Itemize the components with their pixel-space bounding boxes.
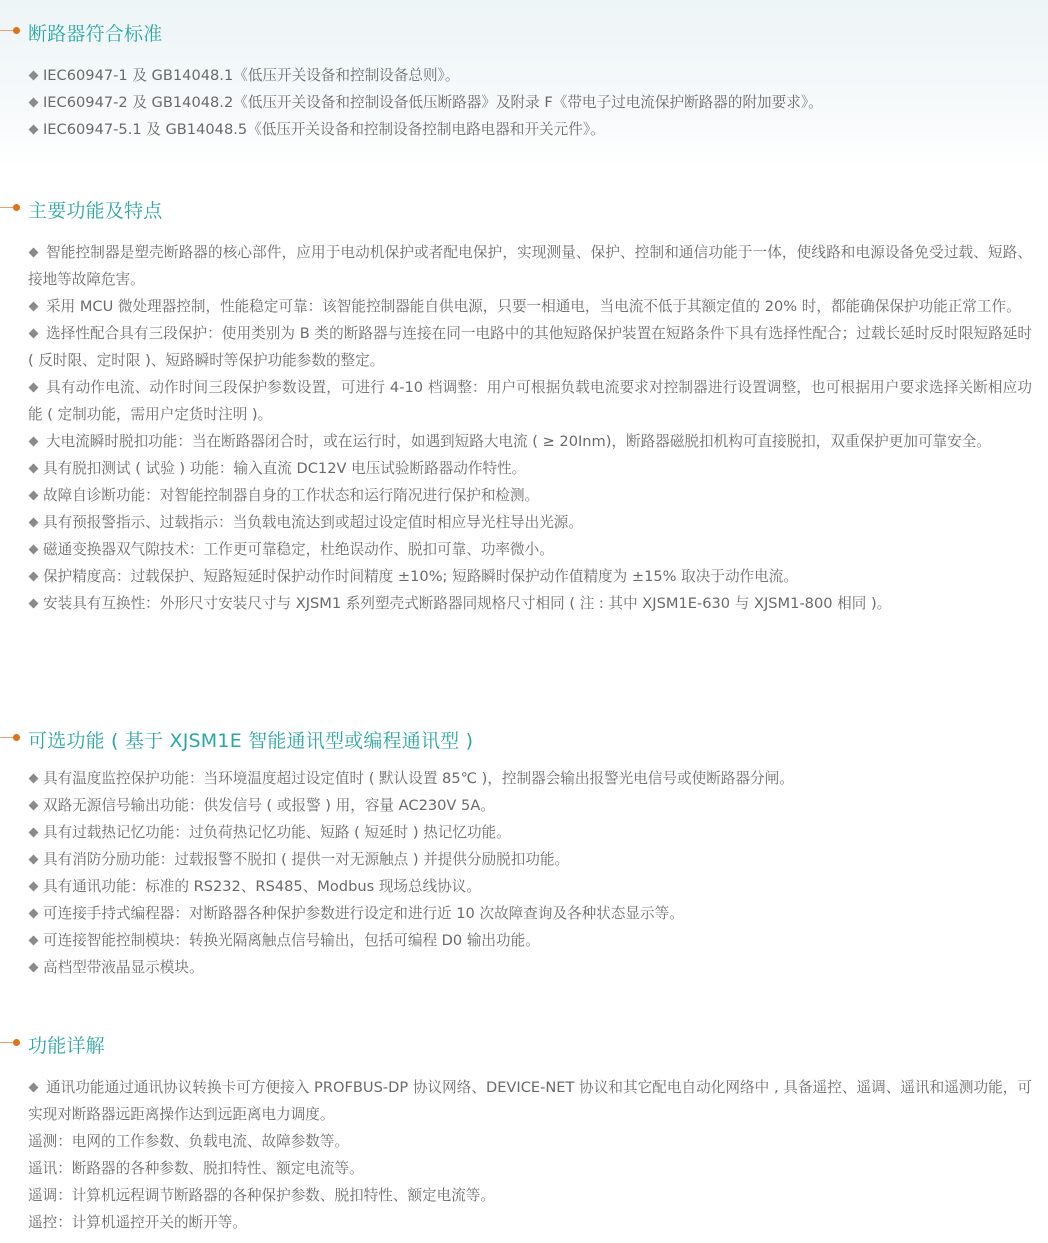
diamond-bullet-icon — [29, 598, 39, 608]
header-dot-icon — [13, 204, 20, 211]
diamond-bullet-icon — [29, 70, 39, 80]
diamond-bullet-icon — [29, 908, 39, 918]
list-item: 采用 MCU 微处理器控制，性能稳定可靠：该智能控制器能自供电源，只要一相通电，… — [28, 293, 1032, 320]
detail-line-telemetry: 遥测：电网的工作参数、负载电流、故障参数等。 — [28, 1128, 1032, 1155]
list-item: IEC60947-1 及 GB14048.1《低压开关设备和控制设备总则》。 — [28, 62, 1032, 89]
diamond-bullet-icon — [29, 97, 39, 107]
list-item: 智能控制器是塑壳断路器的核心部件，应用于电动机保护或者配电保护，实现测量、保护、… — [28, 239, 1032, 293]
list-item: 安装具有互换性：外形尺寸安装尺寸与 XJSM1 系列塑壳式断路器同规格尺寸相同 … — [28, 590, 1032, 617]
header-dot-icon — [13, 27, 20, 34]
list-item: 具有消防分励功能：过载报警不脱扣 ( 提供一对无源触点 ) 并提供分励脱扣功能。 — [28, 846, 1032, 873]
list-item: 磁通变换器双气隙技术：工作更可靠稳定，杜绝误动作、脱扣可靠、功率微小。 — [28, 536, 1032, 563]
list-item: 具有通讯功能：标准的 RS232、RS485、Modbus 现场总线协议。 — [28, 873, 1032, 900]
diamond-bullet-icon — [29, 382, 39, 392]
diamond-bullet-icon — [29, 517, 39, 527]
diamond-bullet-icon — [29, 436, 39, 446]
diamond-bullet-icon — [29, 962, 39, 972]
list-item: 可连接手持式编程器：对断路器各种保护参数进行设定和进行近 10 次故障查询及各种… — [28, 900, 1032, 927]
diamond-bullet-icon — [29, 773, 39, 783]
section-title: 断路器符合标准 — [28, 19, 162, 46]
diamond-bullet-icon — [29, 854, 39, 864]
detail-line-telesignal: 遥讯：断路器的各种参数、脱扣特性、额定电流等。 — [28, 1155, 1032, 1182]
diamond-bullet-icon — [29, 1082, 39, 1092]
section-body: 具有温度监控保护功能：当环境温度超过设定值时 ( 默认设置 85℃ )，控制器会… — [28, 765, 1032, 981]
list-item: 高档型带液晶显示模块。 — [28, 954, 1032, 981]
diamond-bullet-icon — [29, 800, 39, 810]
list-item: 保护精度高：过载保护、短路短延时保护动作时间精度 ±10%; 短路瞬时保护动作值… — [28, 563, 1032, 590]
list-item: 具有温度监控保护功能：当环境温度超过设定值时 ( 默认设置 85℃ )，控制器会… — [28, 765, 1032, 792]
header-dot-icon — [13, 1039, 20, 1046]
section-optional-features: 可选功能 ( 基于 XJSM1E 智能通讯型或编程通讯型 ) 具有温度监控保护功… — [0, 723, 1048, 753]
list-item: IEC60947-5.1 及 GB14048.5《低压开关设备和控制设备控制电路… — [28, 116, 1032, 143]
header-line-decoration — [0, 30, 14, 31]
list-item: 双路无源信号输出功能：供发信号 ( 或报警 ) 用，容量 AC230V 5A。 — [28, 792, 1032, 819]
diamond-bullet-icon — [29, 935, 39, 945]
list-item: 大电流瞬时脱扣功能：当在断路器闭合时，或在运行时，如遇到短路大电流 ( ≥ 20… — [28, 428, 1032, 455]
section-title: 可选功能 ( 基于 XJSM1E 智能通讯型或编程通讯型 ) — [28, 726, 473, 753]
detail-line-telecontrol: 遥控：计算机遥控开关的断开等。 — [28, 1209, 1032, 1236]
section-header: 功能详解 — [0, 1028, 1048, 1058]
detail-line-teleadjust: 遥调：计算机远程调节断路器的各种保护参数、脱扣特性、额定电流等。 — [28, 1182, 1032, 1209]
section-body: IEC60947-1 及 GB14048.1《低压开关设备和控制设备总则》。 I… — [28, 62, 1032, 143]
diamond-bullet-icon — [29, 490, 39, 500]
list-item: 具有动作电流、动作时间三段保护参数设置，可进行 4-10 档调整：用户可根据负载… — [28, 374, 1032, 428]
diamond-bullet-icon — [29, 463, 39, 473]
diamond-bullet-icon — [29, 827, 39, 837]
header-line-decoration — [0, 737, 14, 738]
section-header: 主要功能及特点 — [0, 193, 1048, 223]
list-item: 选择性配合具有三段保护：使用类别为 B 类的断路器与连接在同一电路中的其他短路保… — [28, 320, 1032, 374]
section-title: 主要功能及特点 — [28, 196, 162, 223]
list-item: 通讯功能通过通讯协议转换卡可方便接入 PROFBUS-DP 协议网络、DEVIC… — [28, 1074, 1032, 1128]
section-header: 可选功能 ( 基于 XJSM1E 智能通讯型或编程通讯型 ) — [0, 723, 1048, 753]
section-header: 断路器符合标准 — [0, 16, 1048, 46]
section-function-details: 功能详解 通讯功能通过通讯协议转换卡可方便接入 PROFBUS-DP 协议网络、… — [0, 1028, 1048, 1058]
header-dot-icon — [13, 734, 20, 741]
list-item: 故障自诊断功能：对智能控制器自身的工作状态和运行隋况进行保护和检测。 — [28, 482, 1032, 509]
header-line-decoration — [0, 207, 14, 208]
section-body: 智能控制器是塑壳断路器的核心部件，应用于电动机保护或者配电保护，实现测量、保护、… — [28, 239, 1032, 617]
section-title: 功能详解 — [28, 1031, 105, 1058]
list-item: 具有过载热记忆功能：过负荷热记忆功能、短路 ( 短延时 ) 热记忆功能。 — [28, 819, 1032, 846]
list-item: IEC60947-2 及 GB14048.2《低压开关设备和控制设备低压断路器》… — [28, 89, 1032, 116]
section-body: 通讯功能通过通讯协议转换卡可方便接入 PROFBUS-DP 协议网络、DEVIC… — [28, 1074, 1032, 1236]
diamond-bullet-icon — [29, 881, 39, 891]
diamond-bullet-icon — [29, 544, 39, 554]
header-line-decoration — [0, 1042, 14, 1043]
diamond-bullet-icon — [29, 124, 39, 134]
list-item: 具有预报警指示、过载指示：当负载电流达到或超过设定值时相应导光柱导出光源。 — [28, 509, 1032, 536]
diamond-bullet-icon — [29, 301, 39, 311]
section-standards: 断路器符合标准 IEC60947-1 及 GB14048.1《低压开关设备和控制… — [0, 16, 1048, 46]
section-main-features: 主要功能及特点 智能控制器是塑壳断路器的核心部件，应用于电动机保护或者配电保护，… — [0, 193, 1048, 223]
list-item: 可连接智能控制模块：转换光隔离触点信号输出，包括可编程 D0 输出功能。 — [28, 927, 1032, 954]
diamond-bullet-icon — [29, 247, 39, 257]
diamond-bullet-icon — [29, 328, 39, 338]
diamond-bullet-icon — [29, 571, 39, 581]
list-item: 具有脱扣测试 ( 试验 ) 功能：输入直流 DC12V 电压试验断路器动作特性。 — [28, 455, 1032, 482]
